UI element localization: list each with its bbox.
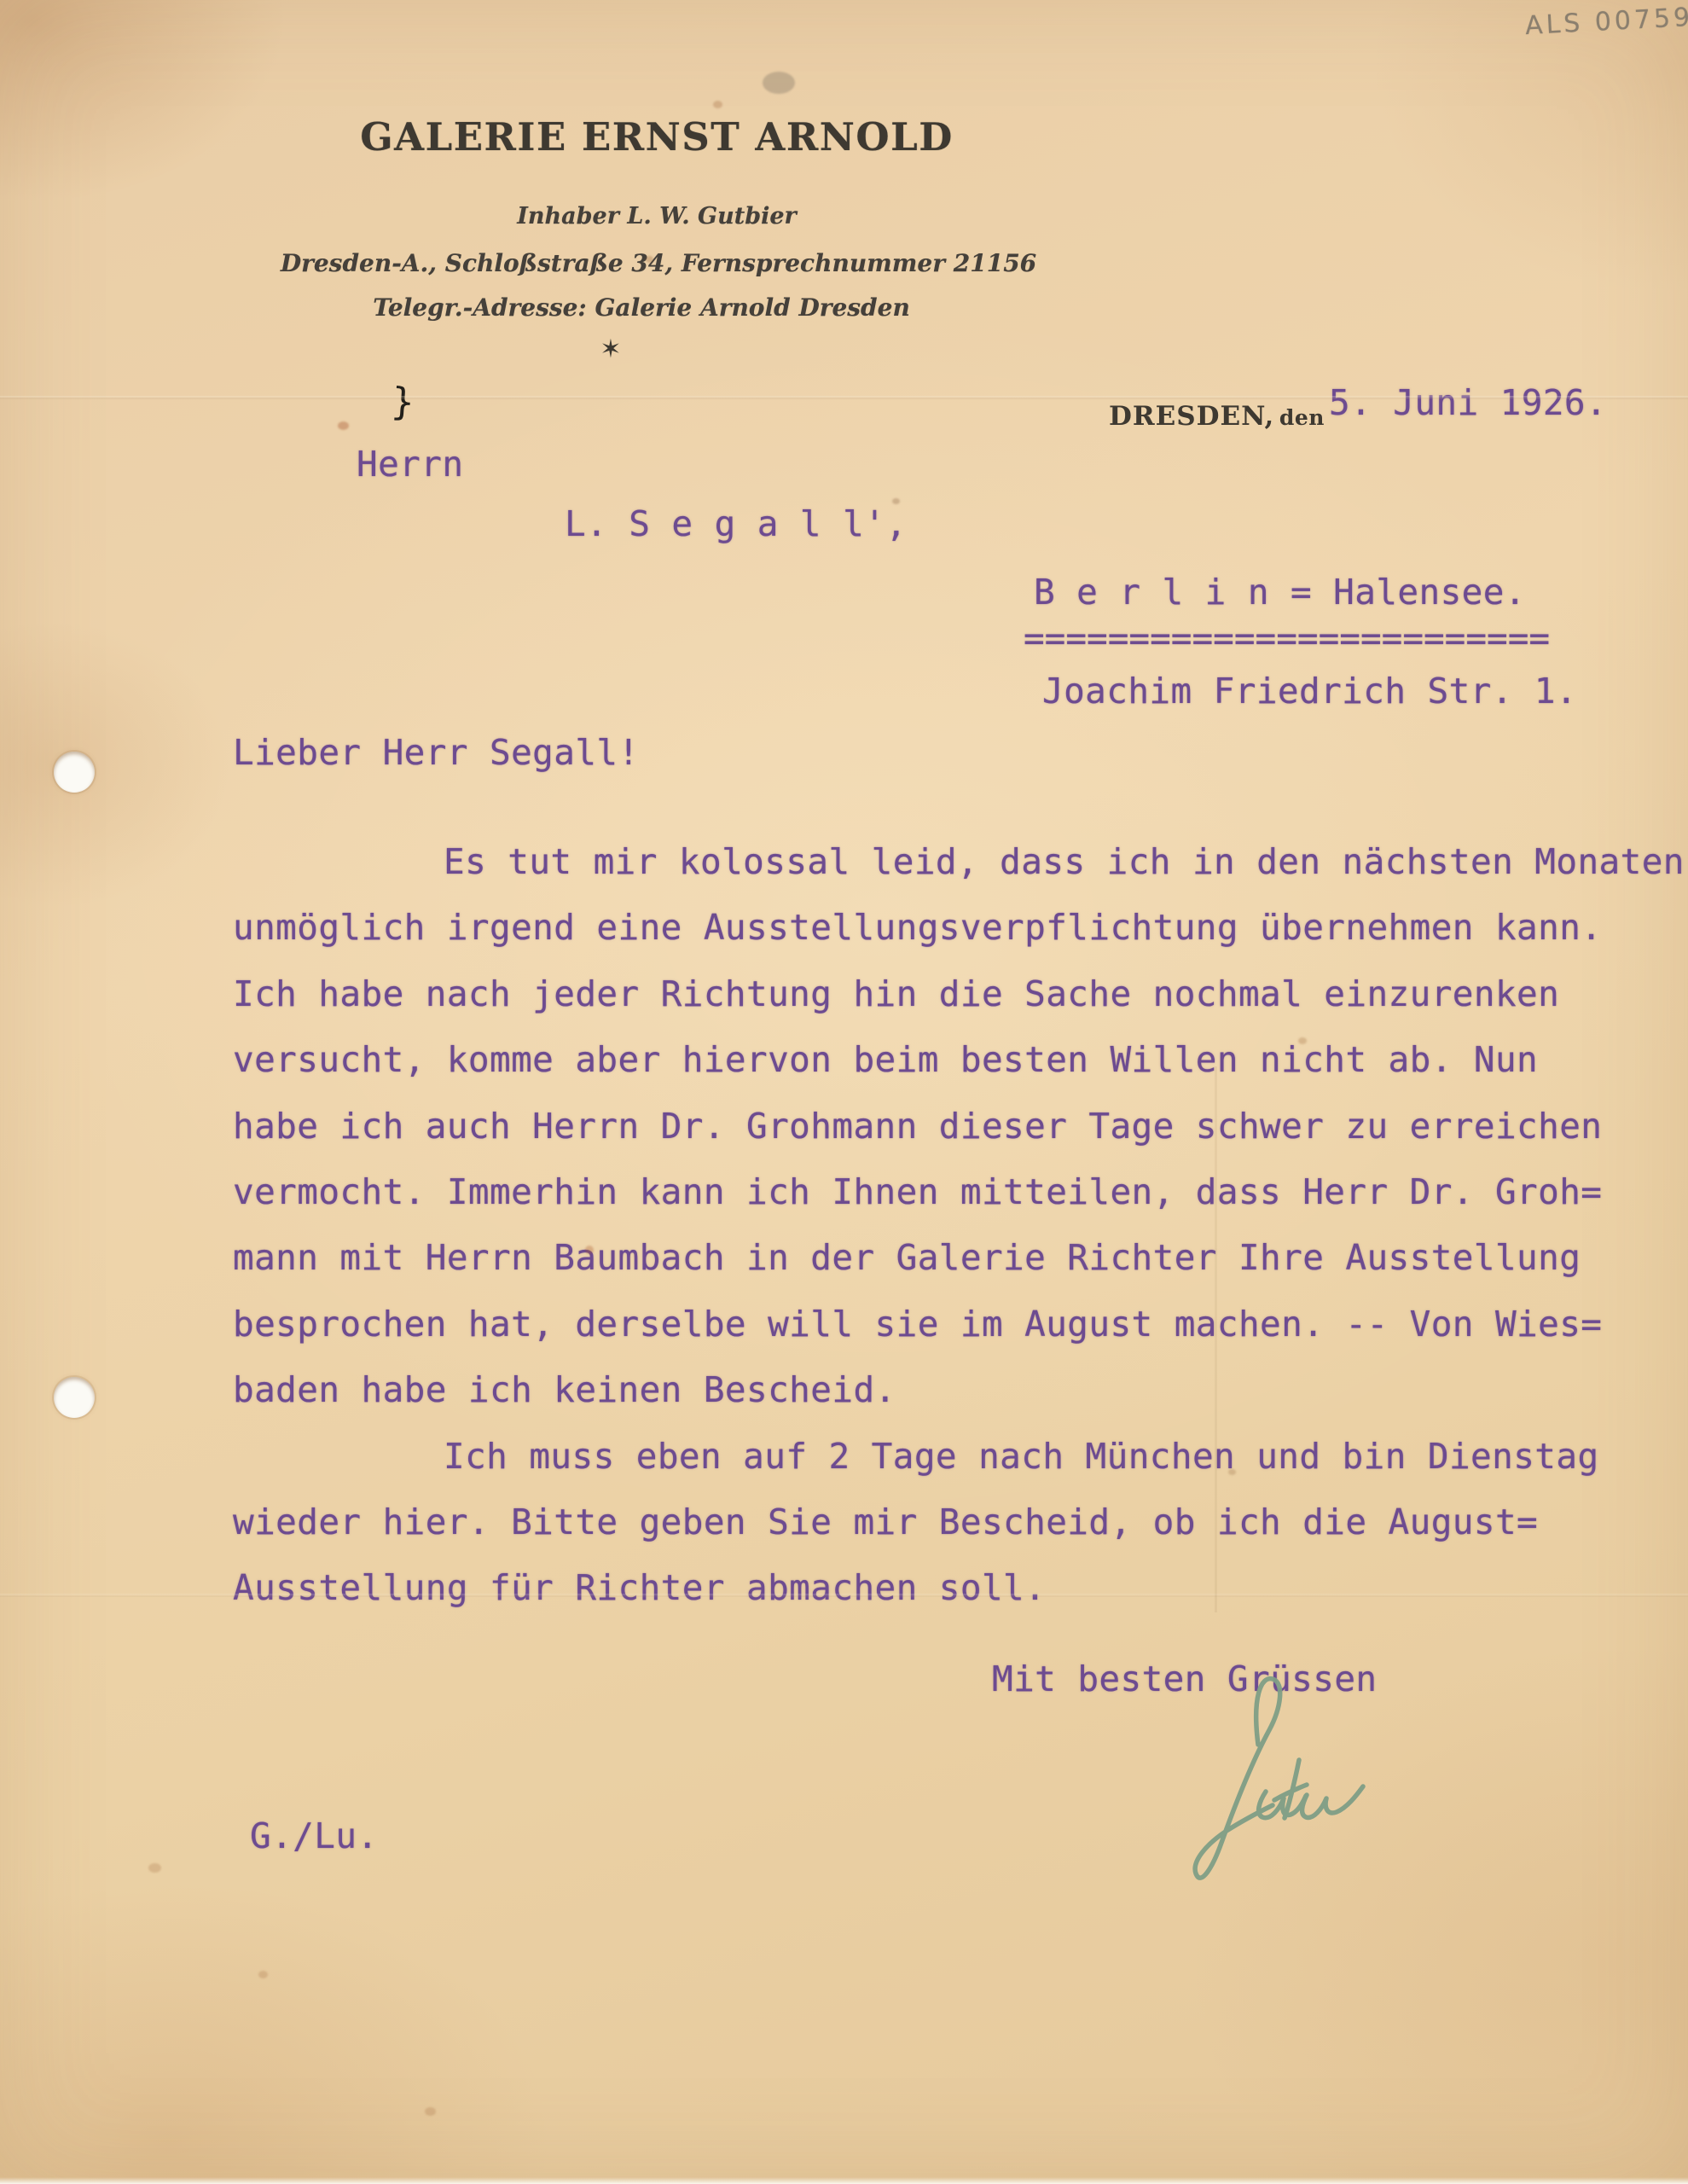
- stray-ink-mark: }: [390, 380, 415, 425]
- recipient-street: Joachim Friedrich Str. 1.: [1042, 671, 1577, 712]
- dateline-place: DRESDEN,: [1109, 401, 1274, 432]
- archive-code-annotation: ALS 00759: [1524, 3, 1688, 41]
- recipient-city-underline: =========================: [1024, 618, 1550, 659]
- body-line: baden habe ich keinen Bescheid.: [233, 1357, 1683, 1423]
- punch-hole-top: [54, 752, 95, 793]
- paper-stain: [425, 2107, 436, 2116]
- dateline-typed-date: 5. Juni 1926.: [1329, 382, 1607, 423]
- body-line: Ausstellung für Richter abmachen soll.: [233, 1555, 1683, 1621]
- dateline-den: den: [1279, 405, 1325, 430]
- body-line: habe ich auch Herrn Dr. Grohmann dieser …: [233, 1094, 1683, 1159]
- fold-crease: [1215, 1066, 1217, 1612]
- signature-handwritten: [1177, 1664, 1373, 1902]
- scan-edge: [0, 2177, 1688, 2184]
- recipient-city: B e r l i n = Halensee.: [1034, 572, 1526, 613]
- paper-stain: [338, 421, 349, 430]
- body-line: mann mit Herrn Baumbach in der Galerie R…: [233, 1225, 1683, 1291]
- recipient-salutation-prefix: Herrn: [357, 444, 463, 485]
- letterhead-telegram-line: Telegr.-Adresse: Galerie Arnold Dresden: [373, 293, 910, 322]
- letter-body: Es tut mir kolossal leid, dass ich in de…: [233, 829, 1683, 1622]
- dateline-printed: DRESDEN, den: [1109, 401, 1325, 432]
- body-line: Ich habe nach jeder Richtung hin die Sac…: [233, 961, 1683, 1027]
- letterhead-star-ornament: ✶: [600, 334, 621, 364]
- paper-stain: [892, 498, 900, 504]
- letterhead-gallery-name: GALERIE ERNST ARNOLD: [360, 114, 954, 160]
- recipient-name: L. S e g a l l',: [565, 503, 907, 544]
- body-line: unmöglich irgend eine Ausstellungsverpfl…: [233, 895, 1683, 961]
- body-line: versucht, komme aber hiervon beim besten…: [233, 1027, 1683, 1093]
- paper-stain: [646, 256, 653, 263]
- letterhead-owner-line: Inhaber L. W. Gutbier: [517, 203, 796, 229]
- paper-stain: [148, 1863, 161, 1873]
- punch-hole-bottom: [54, 1377, 95, 1418]
- body-line: besprochen hat, derselbe will sie im Aug…: [233, 1292, 1683, 1357]
- letter-scan: ALS 00759 GALERIE ERNST ARNOLD Inhaber L…: [0, 0, 1688, 2184]
- paper-stain: [1228, 1469, 1236, 1475]
- body-line: Es tut mir kolossal leid, dass ich in de…: [233, 829, 1683, 895]
- body-line: wieder hier. Bitte geben Sie mir Beschei…: [233, 1490, 1683, 1555]
- fold-crease: [0, 1594, 1688, 1597]
- reference-initials: G./Lu.: [250, 1815, 379, 1856]
- letter-greeting: Lieber Herr Segall!: [233, 732, 640, 773]
- paper-stain: [763, 72, 795, 94]
- paper-stain: [258, 1971, 268, 1978]
- paper-stain: [585, 1246, 594, 1254]
- body-line: vermocht. Immerhin kann ich Ihnen mittei…: [233, 1159, 1683, 1225]
- body-line: Ich muss eben auf 2 Tage nach München un…: [233, 1424, 1683, 1490]
- paper-stain: [713, 101, 722, 108]
- fold-crease: [0, 396, 1688, 399]
- paper-stain: [1298, 1037, 1307, 1044]
- letterhead-address-line: Dresden-A., Schloßstraße 34, Fernsprechn…: [281, 249, 1036, 277]
